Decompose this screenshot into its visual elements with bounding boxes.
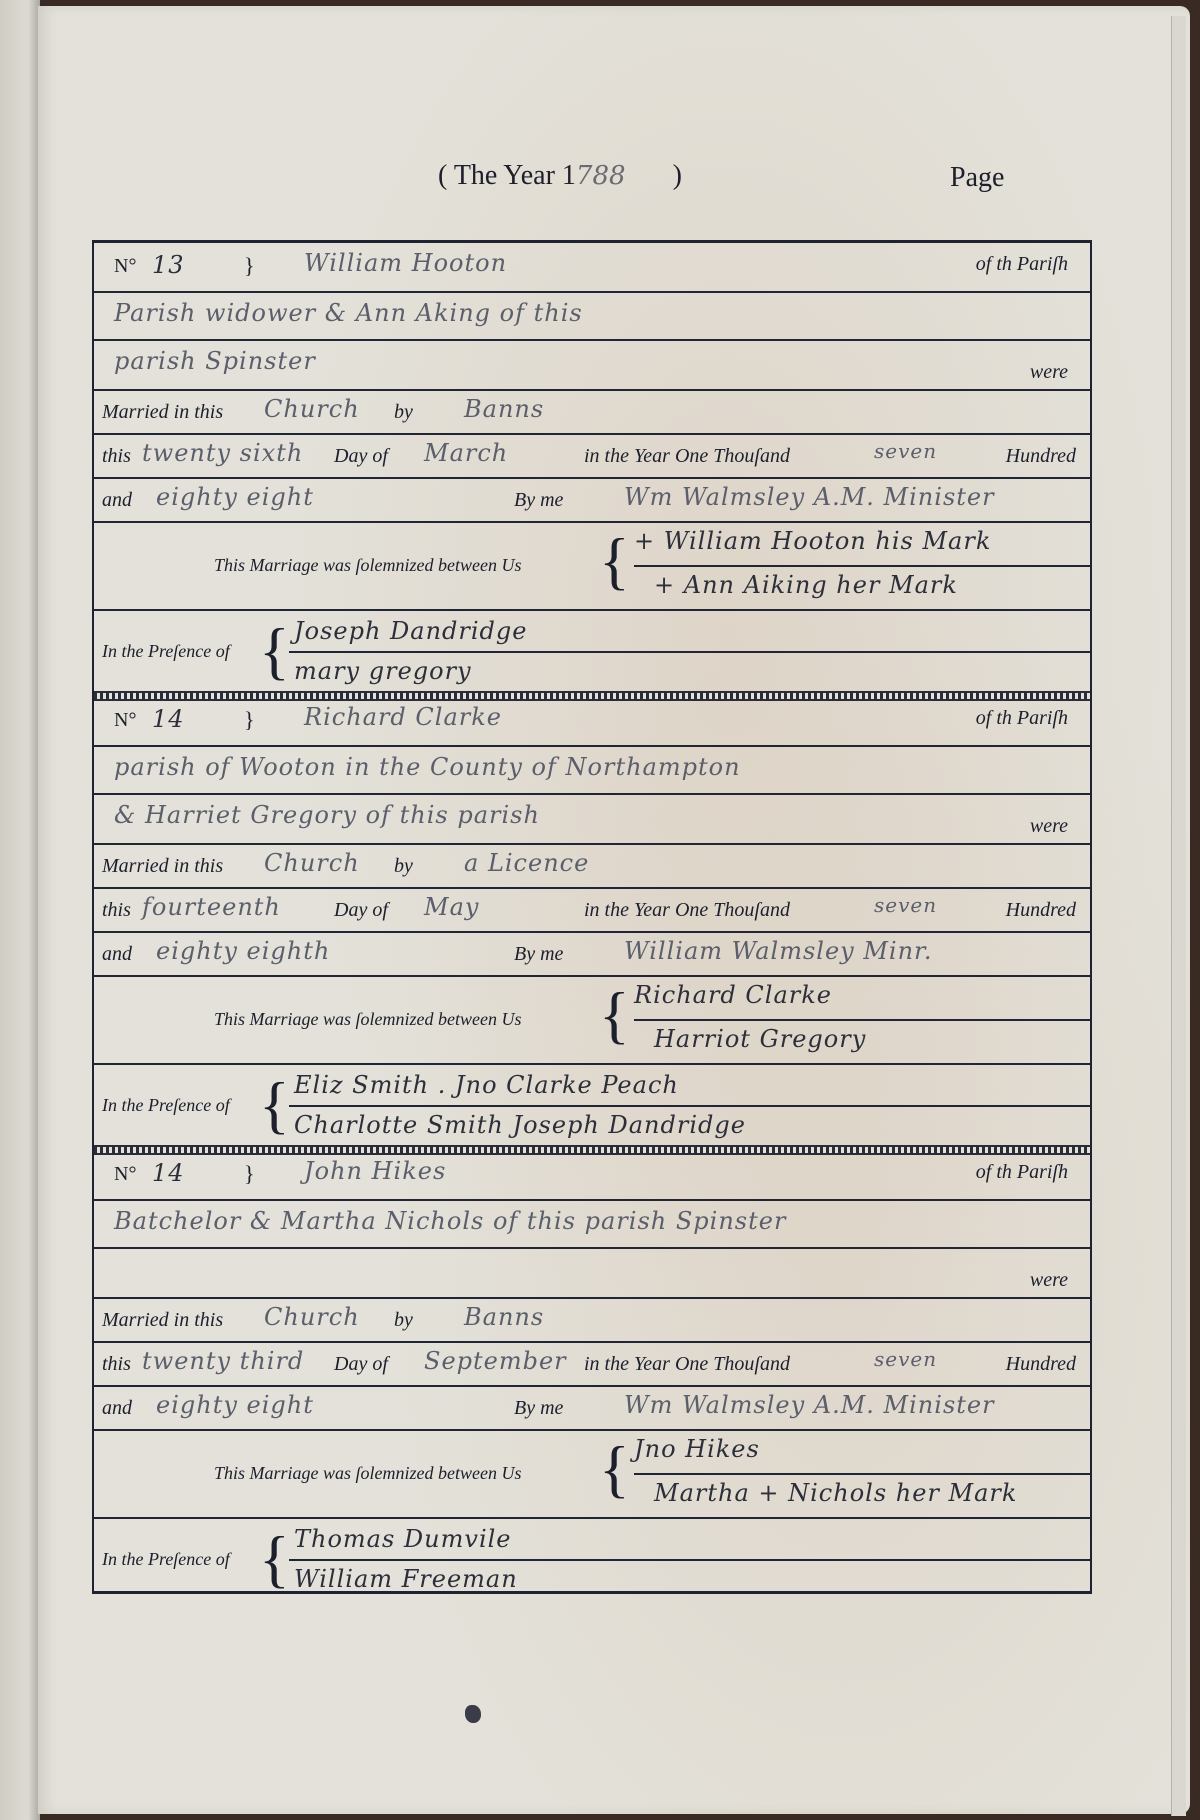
of-the-parish-label: of th Pariſh	[976, 707, 1068, 730]
officiant: Wm Walmsley A.M. Minister	[624, 483, 995, 511]
year-word: eighty eight	[156, 483, 314, 511]
by-me-label: By me	[514, 943, 563, 966]
groom-name: John Hikes	[304, 1157, 446, 1185]
method: Banns	[464, 395, 544, 423]
method: a Licence	[464, 849, 589, 877]
entry-number: 14	[152, 705, 185, 733]
by-me-label: By me	[514, 489, 563, 512]
entry-row-3	[94, 1247, 1090, 1299]
and-label: and	[102, 1397, 132, 1420]
signature-1: + William Hooton his Mark	[634, 527, 991, 555]
day-of-label: Day of	[334, 445, 388, 468]
presence-label: In the Preſence of	[102, 1095, 230, 1116]
marriage-register-table: N° 13 } William Hooton of th Pariſh Pari…	[92, 240, 1092, 1594]
entry-row-married	[94, 389, 1090, 435]
and-label: and	[102, 489, 132, 512]
hundred-label: Hundred	[1006, 899, 1076, 922]
method: Banns	[464, 1303, 544, 1331]
officiant: William Walmsley Minr.	[624, 937, 933, 965]
entry-number: 13	[152, 251, 185, 279]
entry-line-2: Batchelor & Martha Nichols of this paris…	[114, 1207, 786, 1235]
officiant: Wm Walmsley A.M. Minister	[624, 1391, 995, 1419]
entry-line-3: parish Spinster	[114, 347, 316, 375]
this-label: this	[102, 899, 131, 922]
witness-2: William Freeman	[294, 1565, 518, 1593]
day-of-label: Day of	[334, 899, 388, 922]
witness-1: Eliz Smith . Jno Clarke Peach	[294, 1071, 679, 1099]
brace: {	[259, 619, 290, 683]
brace: {	[599, 1437, 630, 1501]
hundred-label: Hundred	[1006, 445, 1076, 468]
groom-name: Richard Clarke	[304, 703, 502, 731]
married-label: Married in this	[102, 855, 223, 878]
witness-2: mary gregory	[294, 657, 472, 685]
day: twenty third	[142, 1347, 304, 1375]
ink-blot	[465, 1705, 481, 1723]
solemnized-label: This Marriage was ſolemnized between Us	[214, 555, 522, 576]
brace: {	[599, 983, 630, 1047]
signature-2: Harriot Gregory	[654, 1025, 866, 1053]
year-label: in the Year One Thouſand	[584, 445, 790, 468]
entry-number-label: N°	[114, 255, 136, 278]
witness-divider	[289, 1559, 1090, 1561]
brace: }	[244, 1161, 255, 1187]
century-word: seven	[874, 1347, 937, 1371]
entry-number-label: N°	[114, 1163, 136, 1186]
place: Church	[264, 1303, 360, 1331]
married-label: Married in this	[102, 401, 223, 424]
heading-suffix: )	[673, 160, 682, 191]
entry-line-2: parish of Wooton in the County of Northa…	[114, 753, 741, 781]
entry-row-married	[94, 843, 1090, 889]
entry-line-2: Parish widower & Ann Aking of this	[114, 299, 583, 327]
marriage-entry: N° 14 } Richard Clarke of th Pariſh pari…	[94, 697, 1090, 1147]
year-word: eighty eight	[156, 1391, 314, 1419]
month: March	[424, 439, 508, 467]
place: Church	[264, 849, 360, 877]
day-of-label: Day of	[334, 1353, 388, 1376]
witness-1: Thomas Dumvile	[294, 1525, 512, 1553]
facing-page-edge	[0, 0, 40, 1820]
day: twenty sixth	[142, 439, 303, 467]
presence-label: In the Preſence of	[102, 1549, 230, 1570]
signature-divider	[634, 565, 1090, 567]
by-label: by	[394, 401, 413, 424]
presence-label: In the Preſence of	[102, 641, 230, 662]
by-label: by	[394, 855, 413, 878]
solemnized-label: This Marriage was ſolemnized between Us	[214, 1463, 522, 1484]
century-word: seven	[874, 893, 937, 917]
married-label: Married in this	[102, 1309, 223, 1332]
were-label: were	[1030, 361, 1068, 384]
entry-line-3: & Harriet Gregory of this parish	[114, 801, 540, 829]
page-stack-edge	[1171, 16, 1186, 1816]
signature-divider	[634, 1473, 1090, 1475]
signature-2: + Ann Aiking her Mark	[654, 571, 958, 599]
and-label: and	[102, 943, 132, 966]
day: fourteenth	[142, 893, 281, 921]
heading-year: 788	[576, 161, 626, 191]
by-label: by	[394, 1309, 413, 1332]
century-word: seven	[874, 439, 937, 463]
solemnized-label: This Marriage was ſolemnized between Us	[214, 1009, 522, 1030]
were-label: were	[1030, 1269, 1068, 1292]
year-label: in the Year One Thouſand	[584, 1353, 790, 1376]
of-the-parish-label: of th Pariſh	[976, 1161, 1068, 1184]
page-heading: ( The Year 1788 )	[438, 160, 682, 192]
this-label: this	[102, 1353, 131, 1376]
brace: }	[244, 707, 255, 733]
brace: {	[599, 529, 630, 593]
month: May	[424, 893, 479, 921]
witness-2: Charlotte Smith Joseph Dandridge	[294, 1111, 746, 1139]
brace: {	[259, 1527, 290, 1591]
heading-prefix: ( The Year 1	[438, 160, 576, 191]
page-number-label: Page	[950, 162, 1004, 194]
groom-name: William Hooton	[304, 249, 507, 277]
signature-1: Richard Clarke	[634, 981, 832, 1009]
brace: }	[244, 253, 255, 279]
signature-2: Martha + Nichols her Mark	[654, 1479, 1017, 1507]
this-label: this	[102, 445, 131, 468]
witness-1: Joseph Dandridge	[294, 617, 528, 645]
of-the-parish-label: of th Pariſh	[976, 253, 1068, 276]
signature-divider	[634, 1019, 1090, 1021]
marriage-entry: N° 13 } William Hooton of th Pariſh Pari…	[94, 243, 1090, 693]
entry-row-married	[94, 1297, 1090, 1343]
brace: {	[259, 1073, 290, 1137]
year-label: in the Year One Thouſand	[584, 899, 790, 922]
were-label: were	[1030, 815, 1068, 838]
entry-number: 14	[152, 1159, 185, 1187]
month: September	[424, 1347, 567, 1375]
hundred-label: Hundred	[1006, 1353, 1076, 1376]
year-word: eighty eighth	[156, 937, 330, 965]
marriage-entry: N° 14 } John Hikes of th Pariſh Batchelo…	[94, 1151, 1090, 1601]
witness-divider	[289, 1105, 1090, 1107]
place: Church	[264, 395, 360, 423]
by-me-label: By me	[514, 1397, 563, 1420]
signature-1: Jno Hikes	[634, 1435, 760, 1463]
entry-number-label: N°	[114, 709, 136, 732]
witness-divider	[289, 651, 1090, 653]
